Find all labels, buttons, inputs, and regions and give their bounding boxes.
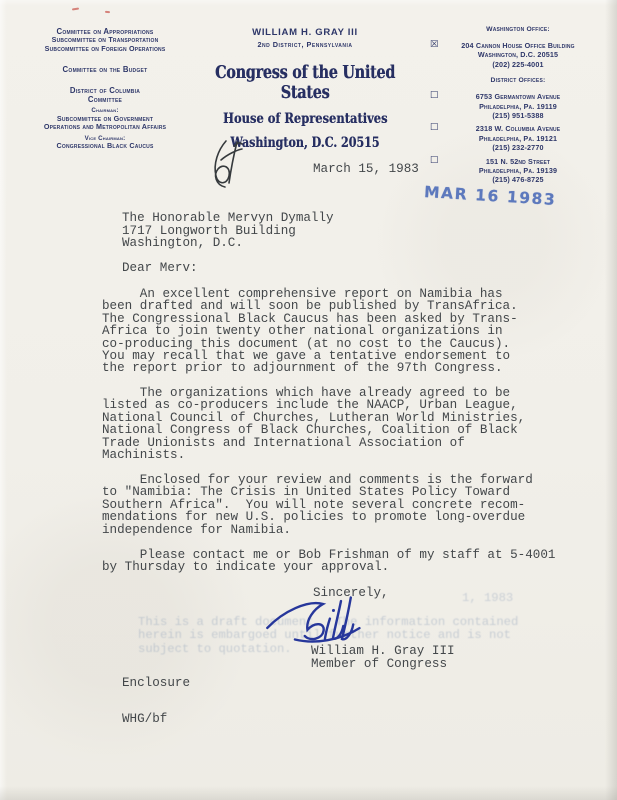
office-address-line: Philadelphia, Pa. 19119 <box>428 102 608 111</box>
signature-bill <box>263 591 384 651</box>
office-address: 6753 Germantown Avenue Philadelphia, Pa.… <box>428 92 608 120</box>
unchecked-checkbox-icon: ☐ <box>430 123 439 132</box>
recipient-address: The Honorable Mervyn Dymally 1717 Longwo… <box>122 212 334 250</box>
office-address: 151 N. 52nd Street Philadelphia, Pa. 191… <box>428 157 608 185</box>
office-phone-line: (215) 232-2770 <box>428 143 608 152</box>
red-pen-mark <box>105 11 110 14</box>
checked-checkbox-icon: ☒ <box>430 40 439 49</box>
house-title-text: House of Representatives <box>223 111 387 127</box>
office-address-line: 2318 W. Columbia Avenue <box>428 124 608 133</box>
enclosure-note: Enclosure <box>122 677 190 689</box>
typist-initials: WHG/bf <box>122 713 167 725</box>
office-address-line: 151 N. 52nd Street <box>428 157 608 166</box>
member-name: WILLIAM H. GRAY III <box>175 27 435 38</box>
office-entry: ☒ 204 Cannon House Office Building Washi… <box>428 41 608 69</box>
office-address-line: Philadelphia, Pa. 19121 <box>428 134 608 143</box>
letter-date: March 15, 1983 <box>313 163 419 175</box>
congress-title: Congress of the United States <box>175 63 435 103</box>
office-phone-line: (215) 951-5388 <box>428 111 608 120</box>
washington-office-label: Washington Office: <box>428 26 608 33</box>
office-address-line: 6753 Germantown Avenue <box>428 92 608 101</box>
office-phone-line: (215) 476-8725 <box>428 175 608 184</box>
district-offices-label: District Offices: <box>428 77 608 84</box>
office-entry: ☐ 6753 Germantown Avenue Philadelphia, P… <box>428 92 608 120</box>
body-paragraph: The organizations which have already agr… <box>102 387 525 461</box>
unchecked-checkbox-icon: ☐ <box>430 156 439 165</box>
received-date-stamp: MAR 16 1983 <box>424 183 557 209</box>
handwritten-initials <box>198 138 244 190</box>
member-district: 2nd District, Pennsylvania <box>175 40 435 49</box>
office-address-line: Washington, D.C. 20515 <box>428 50 608 59</box>
office-address-line: 204 Cannon House Office Building <box>428 41 608 50</box>
body-paragraph: Enclosed for your review and comments is… <box>102 474 533 536</box>
office-entry: ☐ 151 N. 52nd Street Philadelphia, Pa. 1… <box>428 157 608 185</box>
letterhead-offices: Washington Office: ☒ 204 Cannon House Of… <box>428 26 608 185</box>
bleed-through-date: 1, 1983 <box>462 591 513 605</box>
red-pen-mark <box>72 8 79 11</box>
office-entry: ☐ 2318 W. Columbia Avenue Philadelphia, … <box>428 124 608 152</box>
letterhead-masthead: WILLIAM H. GRAY III 2nd District, Pennsy… <box>175 27 435 151</box>
office-phone-line: (202) 225-4001 <box>428 60 608 69</box>
office-address-line: Philadelphia, Pa. 19139 <box>428 166 608 175</box>
office-address: 2318 W. Columbia Avenue Philadelphia, Pa… <box>428 124 608 152</box>
city-line-text: Washington, D.C. 20515 <box>230 135 379 151</box>
body-paragraph: An excellent comprehensive report on Nam… <box>102 288 518 375</box>
signature-block: William H. Gray IIIMember of Congress <box>311 645 455 671</box>
unchecked-checkbox-icon: ☐ <box>430 91 439 100</box>
house-title: House of Representatives <box>175 108 435 127</box>
scanned-letter-page: Committee on Appropriations Subcommittee… <box>0 0 617 800</box>
office-address: 204 Cannon House Office Building Washing… <box>428 41 608 69</box>
signer-title: Member of Congress <box>311 657 447 671</box>
body-paragraph: Please contact me or Bob Frishman of my … <box>102 549 555 574</box>
salutation: Dear Merv: <box>122 262 198 274</box>
congress-title-text: Congress of the United States <box>198 63 411 103</box>
